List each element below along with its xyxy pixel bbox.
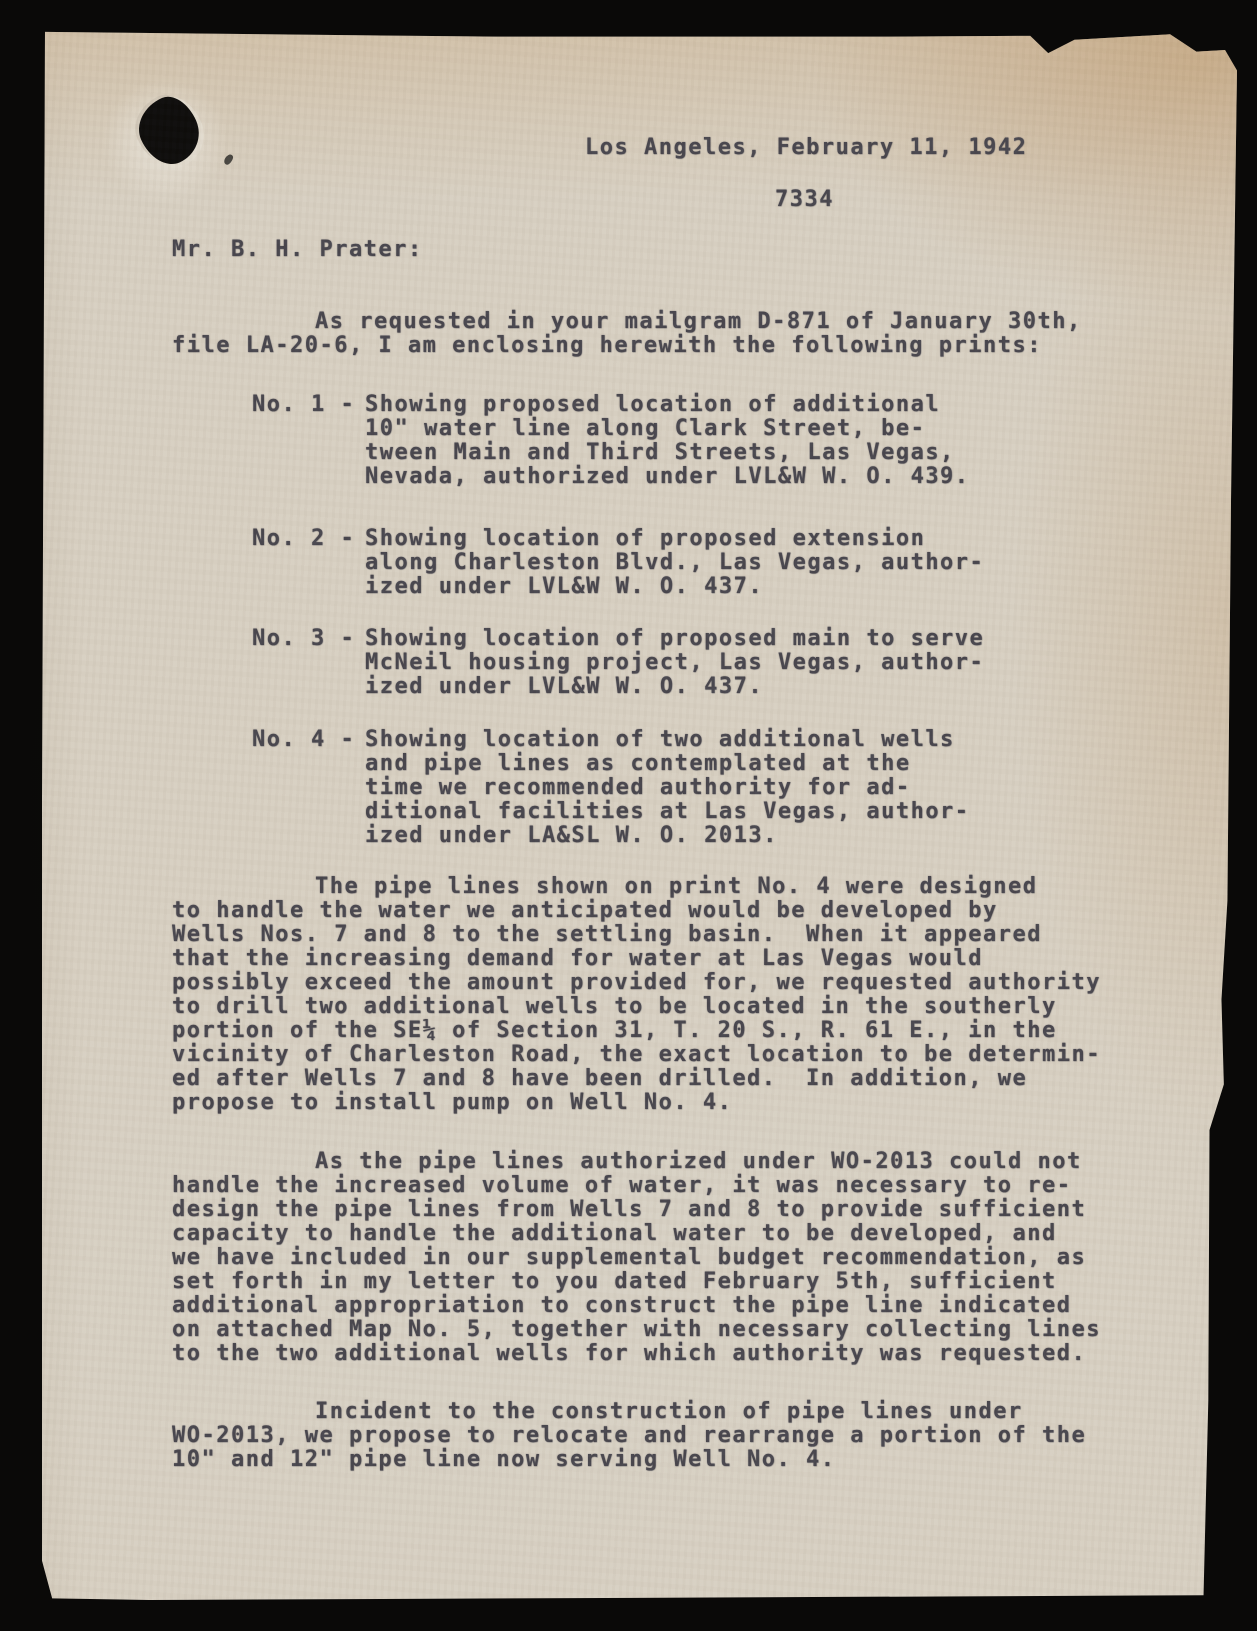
enclosure-item-1: No. 1 - Showing proposed location of add… — [172, 393, 1207, 489]
enclosure-item-2: No. 2 - Showing location of proposed ext… — [172, 527, 1207, 599]
body-paragraph-3: Incident to the construction of pipe lin… — [172, 1400, 1207, 1472]
enclosure-text: Showing location of two additional wells… — [365, 728, 1207, 848]
letter-paper: Los Angeles, February 11, 1942 7334 Mr. … — [42, 28, 1237, 1600]
enclosure-label: No. 3 - — [252, 627, 365, 651]
enclosure-text: Showing proposed location of additional … — [365, 393, 1207, 489]
body-paragraph-2: As the pipe lines authorized under WO-20… — [172, 1150, 1207, 1366]
enclosure-text: Showing location of proposed main to ser… — [365, 627, 1207, 699]
intro-paragraph: As requested in your mailgram D-871 of J… — [172, 310, 1207, 358]
enclosure-text: Showing location of proposed extension a… — [365, 527, 1207, 599]
scan-background: Los Angeles, February 11, 1942 7334 Mr. … — [0, 0, 1257, 1631]
enclosure-item-3: No. 3 - Showing location of proposed mai… — [172, 627, 1207, 699]
enclosure-item-4: No. 4 - Showing location of two addition… — [172, 728, 1207, 848]
body-paragraph-1: The pipe lines shown on print No. 4 were… — [172, 875, 1207, 1115]
letter-body: Los Angeles, February 11, 1942 7334 Mr. … — [172, 28, 1207, 1600]
enclosure-label: No. 1 - — [252, 393, 365, 417]
salutation: Mr. B. H. Prater: — [172, 238, 1207, 262]
file-number: 7334 — [775, 188, 1207, 212]
enclosure-label: No. 4 - — [252, 728, 365, 752]
enclosure-label: No. 2 - — [252, 527, 365, 551]
dateline: Los Angeles, February 11, 1942 — [585, 136, 1207, 160]
